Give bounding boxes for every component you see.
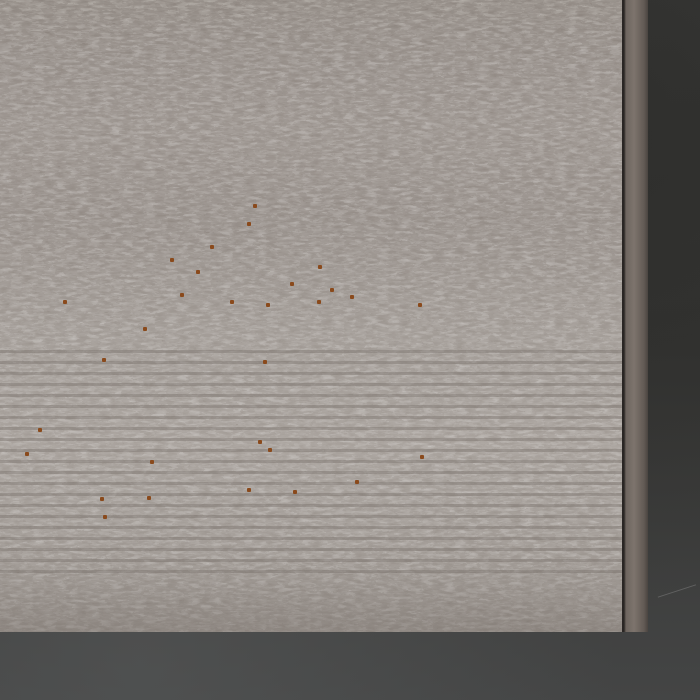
rust-fleck	[290, 282, 294, 286]
rug-horizontal-lines	[0, 350, 630, 580]
rust-fleck	[253, 204, 257, 208]
rust-fleck	[102, 358, 106, 362]
rust-fleck	[258, 440, 262, 444]
rust-fleck	[350, 295, 354, 299]
floor-crack	[658, 584, 700, 616]
rust-fleck	[143, 327, 147, 331]
rust-fleck	[355, 480, 359, 484]
rug-edge-binding	[622, 0, 648, 632]
rust-fleck	[247, 488, 251, 492]
rust-fleck	[25, 452, 29, 456]
rust-fleck	[147, 496, 151, 500]
rust-fleck	[196, 270, 200, 274]
rust-fleck	[63, 300, 67, 304]
rust-fleck	[293, 490, 297, 494]
rust-fleck	[100, 497, 104, 501]
rust-fleck	[230, 300, 234, 304]
rust-fleck	[266, 303, 270, 307]
rust-fleck	[103, 515, 107, 519]
rust-fleck	[330, 288, 334, 292]
rust-fleck	[210, 245, 214, 249]
rug-field	[0, 0, 630, 632]
rust-fleck	[38, 428, 42, 432]
rust-fleck	[150, 460, 154, 464]
rust-fleck	[418, 303, 422, 307]
rust-fleck	[420, 455, 424, 459]
rug-pile-shade	[0, 560, 630, 632]
rust-fleck	[170, 258, 174, 262]
rust-fleck	[317, 300, 321, 304]
rust-fleck	[263, 360, 267, 364]
rust-fleck	[318, 265, 322, 269]
rust-fleck	[180, 293, 184, 297]
rug-corner	[0, 0, 648, 632]
rust-fleck	[247, 222, 251, 226]
rust-fleck	[268, 448, 272, 452]
